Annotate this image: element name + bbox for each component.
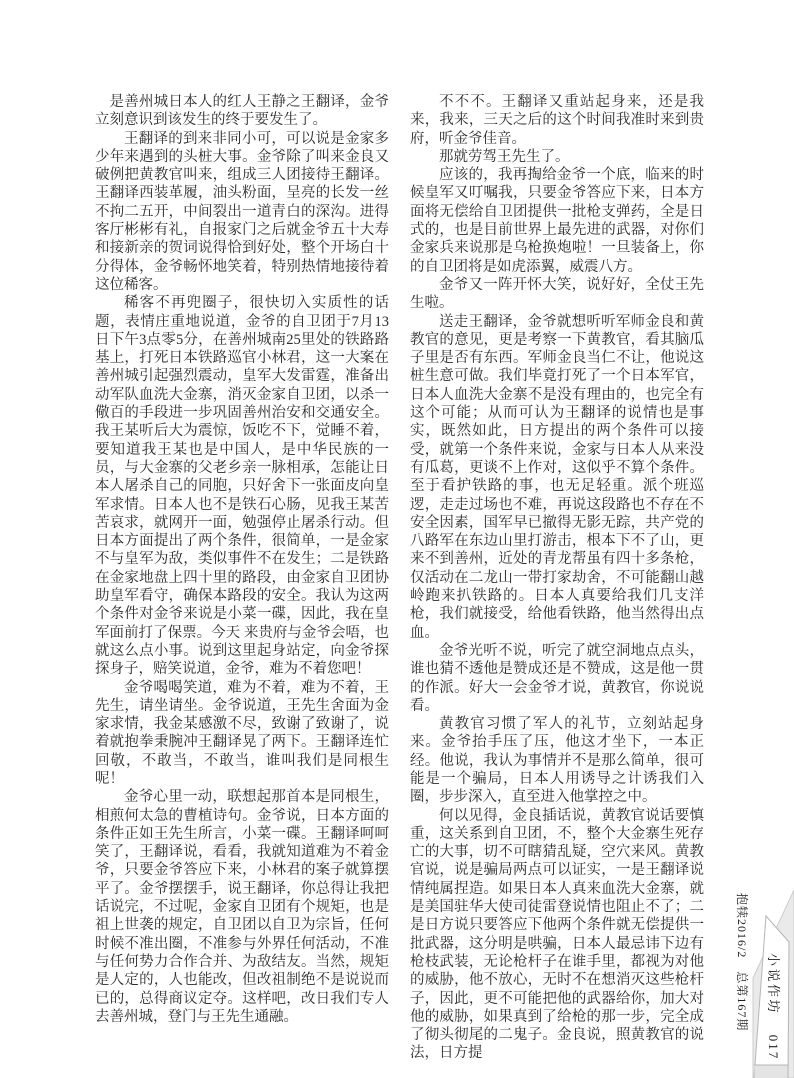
paragraph: 应该的，我再掏给金爷一个底，临来的时候皇军又叮嘱我，只要金爷答应下来，日本方面将… — [410, 166, 704, 276]
section-label: 小说作坊 — [766, 953, 781, 1015]
paragraph: 金爷又一阵开怀大笑，说好好，全仗王先生啦。 — [410, 276, 704, 313]
page-number: 017 — [766, 1035, 781, 1061]
paragraph: 稀客不再兜圈子，很快切入实质性的话题，表情庄重地说道，金爷的自卫团于7月13日下… — [95, 294, 389, 678]
paragraph: 那就劳驾王先生了。 — [410, 148, 704, 166]
paragraph: 何以见得，金良插话说，黄教官说话要慎重，这关系到自卫团，不，整个大金寨生死存亡的… — [410, 807, 704, 1063]
section-strip-footer — [755, 1065, 788, 1078]
text-column-left: 是善州城日本人的红人王静之王翻译，金爷立刻意识到该发生的终于要发生了。 王翻译的… — [95, 93, 389, 1026]
paragraph: 金爷喝喝笑道，难为不着，难为不着，王先生，请坐请坐。金爷说道，王先生舍面为金家求… — [95, 679, 389, 789]
paragraph: 不不不。王翻译又重站起身来，还是我来，我来，三天之后的这个时间我准时来到贵府，听… — [410, 93, 704, 148]
paragraph: 送走王翻译，金爷就想听听军师金良和黄教官的意见，更是考察一下黄教官，看其脑瓜子里… — [410, 313, 704, 642]
journal-issue-label: 抱犊2016/2 总第167期 — [734, 893, 750, 1031]
paragraph: 王翻译的到来非同小可，可以说是金家多少年来遇到的头桩大事。金爷除了叫来金良又破例… — [95, 130, 389, 295]
magazine-page: 是善州城日本人的红人王静之王翻译，金爷立刻意识到该发生的终于要发生了。 王翻译的… — [0, 0, 794, 1078]
paragraph: 黄教官习惯了军人的礼节，立刻站起身来。金爷抬手压了压，他这才坐下，一本正经。他说… — [410, 715, 704, 806]
paragraph: 金爷心里一动，联想起那首本是同根生，相煎何太急的曹植诗句。金爷说，日本方面的条件… — [95, 788, 389, 1026]
text-column-right: 不不不。王翻译又重站起身来，还是我来，我来，三天之后的这个时间我准时来到贵府，听… — [410, 93, 704, 1063]
paragraph: 金爷光听不说，听完了就空洞地点点头，谁也猜不透他是赞成还是不赞成，这是他一贯的作… — [410, 642, 704, 715]
paragraph: 是善州城日本人的红人王静之王翻译，金爷立刻意识到该发生的终于要发生了。 — [95, 93, 389, 130]
section-ribbon-label: 小说作坊 017 — [765, 953, 781, 1060]
